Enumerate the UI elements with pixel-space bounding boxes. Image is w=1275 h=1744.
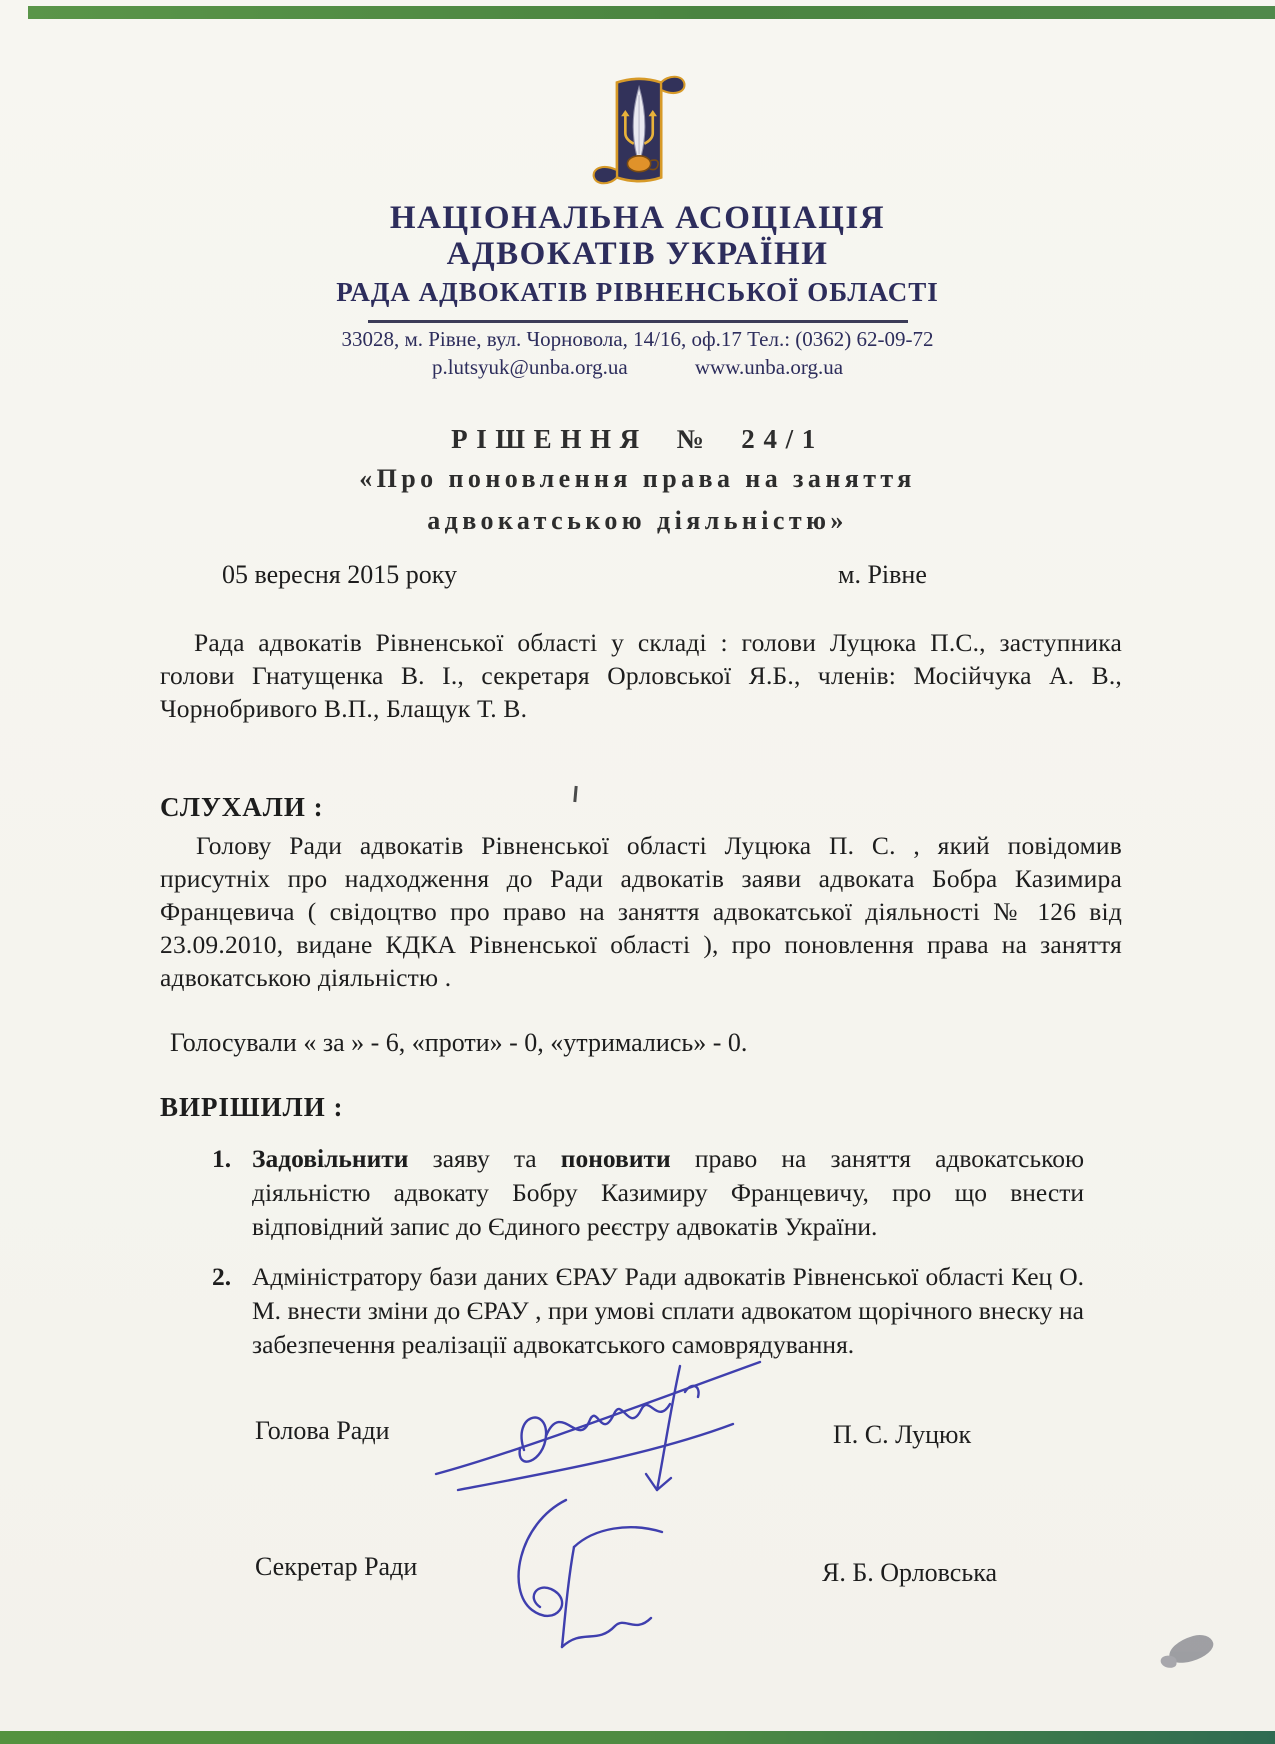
resolved-item-2: 2. Адміністратору бази даних ЄРАУ Ради а… [212, 1260, 1084, 1362]
decision-place: м. Рівне [838, 560, 927, 590]
date-place-row: 05 вересня 2015 року м. Рівне [0, 560, 1275, 594]
resolved-item-1: 1. Задовільнити заяву та поновити право … [212, 1142, 1084, 1244]
scan-edge-bar-top [28, 6, 1275, 19]
council-composition-paragraph: Рада адвокатів Рівненської області у скл… [160, 626, 1122, 725]
unba-emblem-icon [582, 72, 694, 188]
letterhead: НАЦІОНАЛЬНА АСОЦІАЦІЯ АДВОКАТІВ УКРАЇНИ … [0, 72, 1275, 380]
org-website: www.unba.org.ua [695, 355, 843, 379]
item-2-number: 2. [212, 1260, 231, 1294]
item-1-bold-word-2: поновити [561, 1144, 671, 1173]
resolved-section-heading: ВИРІШИЛИ : [160, 1092, 344, 1123]
voting-results-line: Голосували « за » - 6, «проти» - 0, «утр… [170, 1028, 747, 1058]
item-1-bold-word-1: Задовільнити [252, 1144, 408, 1173]
scan-artifact-tick [573, 786, 577, 802]
scanned-decision-document: НАЦІОНАЛЬНА АСОЦІАЦІЯ АДВОКАТІВ УКРАЇНИ … [0, 0, 1275, 1744]
scan-smudge-mark [1166, 1631, 1217, 1667]
decision-date: 05 вересня 2015 року [222, 560, 457, 590]
chairman-name: П. С. Луцюк [833, 1420, 971, 1450]
org-name-line2: АДВОКАТІВ УКРАЇНИ [0, 236, 1275, 272]
secretary-role-label: Секретар Ради [255, 1552, 417, 1582]
org-address: 33028, м. Рівне, вул. Чорновола, 14/16, … [0, 327, 1275, 352]
decision-number-title: РІШЕННЯ № 24/1 [0, 424, 1275, 455]
org-name-line1: НАЦІОНАЛЬНА АСОЦІАЦІЯ [0, 200, 1275, 236]
decision-title-block: РІШЕННЯ № 24/1 «Про поновлення права на … [0, 424, 1275, 539]
letterhead-divider [368, 320, 908, 323]
heard-section-paragraph: Голову Ради адвокатів Рівненської област… [160, 829, 1122, 994]
item-1-text-run-1: заяву та [408, 1144, 560, 1173]
secretary-name: Я. Б. Орловська [822, 1558, 997, 1588]
org-contacts: p.lutsyuk@unba.org.ua www.unba.org.ua [0, 355, 1275, 380]
chairman-role-label: Голова Ради [255, 1416, 390, 1446]
org-email: p.lutsyuk@unba.org.ua [432, 355, 628, 379]
decision-subject-line1: «Про поновлення права на заняття [0, 460, 1275, 497]
resolved-items-list: 1. Задовільнити заяву та поновити право … [212, 1142, 1084, 1362]
org-regional-council-name: РАДА АДВОКАТІВ РІВНЕНСЬКОЇ ОБЛАСТІ [0, 277, 1275, 308]
item-2-text: Адміністратору бази даних ЄРАУ Ради адво… [252, 1262, 1084, 1359]
heard-section-heading: СЛУХАЛИ : [160, 792, 324, 823]
scan-edge-bar-bottom [0, 1731, 1275, 1744]
decision-subject-line2: адвокатською діяльністю» [0, 502, 1275, 539]
item-1-number: 1. [212, 1142, 231, 1176]
secretary-signature [478, 1492, 703, 1672]
